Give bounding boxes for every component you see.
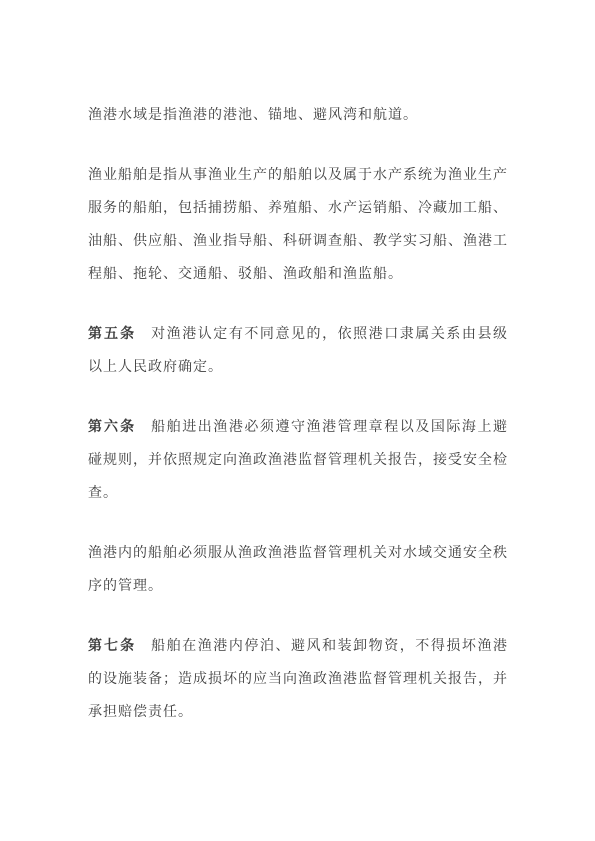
document-body: 渔港水域是指渔港的港池、锚地、避风湾和航道。 渔业船舶是指从事渔业生产的船舶以及… — [88, 99, 508, 729]
paragraph-text: 船舶进出渔港必须遵守渔港管理章程以及国际海上避碰规则，并依照规定向渔政渔港监督管… — [88, 420, 508, 501]
article-label: 第六条 — [88, 420, 136, 435]
paragraph: 渔港水域是指渔港的港池、锚地、避风湾和航道。 — [88, 99, 508, 132]
document-page: 渔港水域是指渔港的港池、锚地、避风湾和航道。 渔业船舶是指从事渔业生产的船舶以及… — [0, 0, 595, 841]
paragraph-text: 渔港内的船舶必须服从渔政渔港监督管理机关对水域交通安全秩序的管理。 — [88, 546, 508, 594]
paragraph-article-7: 第七条船舶在渔港内停泊、避风和装卸物资，不得损坏渔港的设施装备；造成损坏的应当向… — [88, 630, 508, 729]
paragraph-article-6: 第六条船舶进出渔港必须遵守渔港管理章程以及国际海上避碰规则，并依照规定向渔政渔港… — [88, 411, 508, 510]
article-label: 第七条 — [88, 639, 136, 654]
paragraph-text: 对渔港认定有不同意见的，依照港口隶属关系由县级以上人民政府确定。 — [88, 327, 508, 375]
paragraph-text: 渔港水域是指渔港的港池、锚地、避风湾和航道。 — [88, 108, 418, 123]
paragraph-article-5: 第五条对渔港认定有不同意见的，依照港口隶属关系由县级以上人民政府确定。 — [88, 318, 508, 384]
article-label: 第五条 — [88, 327, 136, 342]
paragraph-text: 船舶在渔港内停泊、避风和装卸物资，不得损坏渔港的设施装备；造成损坏的应当向渔政渔… — [88, 639, 508, 720]
paragraph: 渔业船舶是指从事渔业生产的船舶以及属于水产系统为渔业生产服务的船舶，包括捕捞船、… — [88, 159, 508, 291]
paragraph-text: 渔业船舶是指从事渔业生产的船舶以及属于水产系统为渔业生产服务的船舶，包括捕捞船、… — [88, 168, 508, 282]
paragraph: 渔港内的船舶必须服从渔政渔港监督管理机关对水域交通安全秩序的管理。 — [88, 537, 508, 603]
